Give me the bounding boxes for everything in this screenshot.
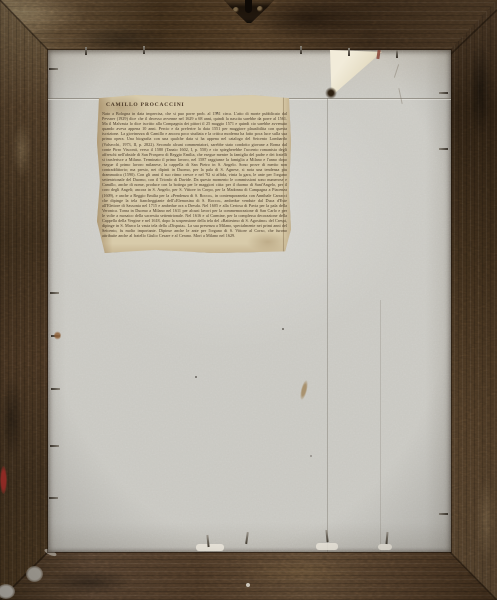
bent-nail	[325, 530, 328, 542]
nail	[51, 388, 60, 390]
backing-crease	[380, 300, 381, 552]
frame-left-rail	[0, 0, 48, 600]
backing-board: CAMILLO PROCACCINI Nato a Bologna in dat…	[48, 50, 451, 552]
white-smudge	[196, 544, 224, 551]
brown-stain	[299, 380, 310, 401]
nail	[439, 148, 448, 150]
nail	[50, 445, 59, 447]
screw	[257, 6, 263, 12]
staple	[300, 46, 302, 54]
staple	[396, 50, 398, 58]
frame-right-rail	[450, 0, 497, 600]
bent-nail	[206, 535, 209, 547]
staple	[348, 48, 350, 56]
torn-paper-corner	[330, 50, 382, 96]
label-text: Nato a Bologna in data imprecisa, che si…	[102, 111, 287, 238]
speck	[282, 328, 284, 330]
speck	[216, 112, 218, 114]
rust-stain	[54, 331, 61, 340]
red-streak	[376, 50, 380, 59]
staple	[143, 46, 145, 54]
keyhole-slot	[245, 0, 252, 13]
biography-label: CAMILLO PROCACCINI Nato a Bologna in dat…	[97, 95, 291, 253]
torn-corner-shadow	[325, 87, 337, 99]
photo-frame-back: CAMILLO PROCACCINI Nato a Bologna in dat…	[0, 0, 497, 600]
white-smudge	[378, 544, 392, 550]
nail	[49, 497, 58, 499]
scratch-mark	[394, 64, 399, 78]
nail	[50, 292, 59, 294]
staple	[85, 47, 87, 55]
scratch-mark	[398, 88, 402, 104]
nail	[439, 513, 448, 515]
backing-seam-vertical	[327, 98, 328, 552]
white-paint-mark	[26, 566, 43, 582]
bent-nail	[385, 532, 388, 544]
white-smudge	[316, 543, 338, 550]
label-title: CAMILLO PROCACCINI	[106, 102, 285, 108]
nail	[49, 68, 58, 70]
red-paint-mark	[0, 466, 7, 494]
label-fold-line	[283, 95, 284, 253]
speck	[310, 455, 312, 457]
nail	[439, 92, 448, 94]
white-speck	[246, 583, 250, 587]
bent-nail	[245, 532, 249, 544]
frame-bottom-rail	[0, 552, 497, 600]
speck	[195, 376, 197, 378]
